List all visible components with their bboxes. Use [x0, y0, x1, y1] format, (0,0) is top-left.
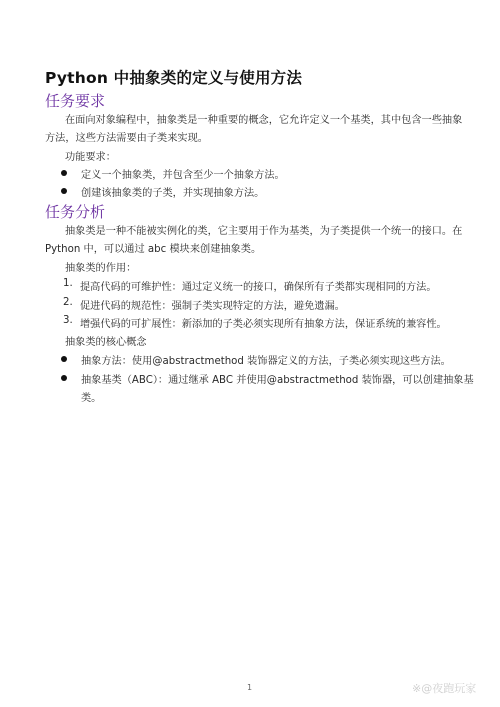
list-item: 抽象基类（ABC）：通过继承 ABC 并使用@abstractmethod 装饰…	[81, 371, 474, 386]
list-item-continuation: 类。	[81, 389, 101, 404]
bullet-icon	[61, 375, 67, 381]
page-number: 1	[247, 683, 252, 692]
list-item: 定义一个抽象类，并包含至少一个抽象方法。	[81, 166, 285, 181]
bullet-icon	[61, 356, 67, 362]
paragraph-line: Python 中，可以通过 abc 模块来创建抽象类。	[45, 240, 261, 255]
paragraph-line: 在面向对象编程中，抽象类是一种重要的概念，它允许定义一个基类，其中包含一些抽象	[65, 111, 462, 126]
function-requirements-label: 功能要求：	[65, 148, 116, 163]
paragraph-line: 抽象类是一种不能被实例化的类，它主要用于作为基类，为子类提供一个统一的接口。在	[65, 222, 462, 237]
document-page: Python 中抽象类的定义与使用方法 任务要求 在面向对象编程中，抽象类是一种…	[0, 0, 500, 707]
section-heading-requirements: 任务要求	[45, 90, 105, 111]
watermark: ※@夜跑玩家	[412, 680, 476, 696]
section-heading-analysis: 任务分析	[45, 201, 105, 222]
numbered-item: 增强代码的可扩展性：新添加的子类必须实现所有抽象方法，保证系统的兼容性。	[80, 315, 447, 330]
list-number: 2.	[63, 297, 73, 308]
bullet-icon	[61, 188, 67, 194]
bullet-icon	[61, 170, 67, 176]
list-number: 3.	[63, 315, 73, 326]
document-title: Python 中抽象类的定义与使用方法	[45, 66, 302, 88]
list-item: 创建该抽象类的子类，并实现抽象方法。	[81, 184, 264, 199]
numbered-item: 提高代码的可维护性：通过定义统一的接口，确保所有子类都实现相同的方法。	[80, 278, 437, 293]
list-item: 抽象方法：使用@abstractmethod 装饰器定义的方法，子类必须实现这些…	[81, 352, 451, 367]
role-label: 抽象类的作用：	[65, 259, 136, 274]
list-number: 1.	[63, 278, 73, 289]
core-concepts-label: 抽象类的核心概念	[65, 333, 147, 348]
numbered-item: 促进代码的规范性：强制子类实现特定的方法，避免遗漏。	[80, 297, 345, 312]
paragraph-line: 方法，这些方法需要由子类来实现。	[45, 129, 208, 144]
